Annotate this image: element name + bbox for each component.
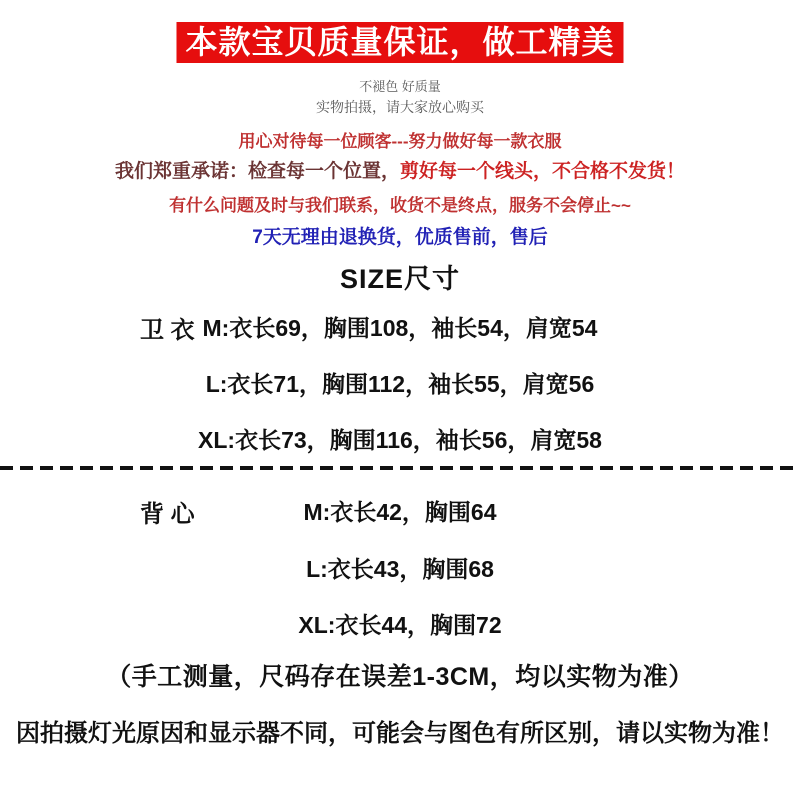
fade-quality-note: 不褪色 好质量	[0, 76, 800, 95]
vest-size-row-l: L:衣长43，胸围68	[0, 551, 800, 584]
service-slogan-1: 用心对待每一位顾客---努力做好每一款衣服	[0, 127, 800, 152]
hoodie-size-row-xl: XL:衣长73，胸围116，袖长56，肩宽58	[0, 422, 800, 455]
size-section-title: SIZE尺寸	[0, 257, 800, 296]
hoodie-size-m-text: M:衣长69，胸围108，袖长54，肩宽54	[203, 315, 598, 341]
vest-size-row-m: 背 心 M:衣长42，胸围64	[0, 494, 800, 527]
real-shot-note: 实物拍摄，请大家放心购买	[0, 97, 800, 117]
hoodie-size-row-l: L:衣长71，胸围112，袖长55，肩宽56	[0, 366, 800, 399]
service-slogan-2: 有什么问题及时与我们联系，收货不是终点，服务不会停止~~	[0, 191, 800, 216]
product-description-page: 本款宝贝质量保证，做工精美 不褪色 好质量 实物拍摄，请大家放心购买 用心对待每…	[0, 0, 800, 800]
quality-banner: 本款宝贝质量保证，做工精美	[176, 22, 623, 63]
promise-part-dark: 我们郑重承诺：检查每一个位置，	[115, 161, 400, 182]
promise-line: 我们郑重承诺：检查每一个位置，剪好每一个线头，不合格不发货！	[0, 156, 800, 183]
return-policy-line: 7天无理由退换货，优质售前，售后	[0, 222, 800, 249]
hoodie-group-label: 卫 衣	[140, 310, 195, 345]
quality-banner-text: 本款宝贝质量保证，做工精美	[185, 24, 614, 60]
vest-size-row-xl: XL:衣长44，胸围72	[0, 607, 800, 640]
promise-part-bright: 剪好每一个线头，不合格不发货！	[400, 161, 685, 182]
color-difference-note: 因拍摄灯光原因和显示器不同，可能会与图色有所区别，请以实物为准！	[0, 713, 800, 748]
vest-group-label: 背 心	[140, 494, 195, 529]
dashed-divider	[0, 466, 800, 470]
vest-size-m-text: M:衣长42，胸围64	[304, 499, 497, 525]
measurement-note: （手工测量，尺码存在误差1-3CM，均以实物为准）	[0, 657, 800, 693]
hoodie-size-row-m: 卫 衣 M:衣长69，胸围108，袖长54，肩宽54	[0, 310, 800, 343]
